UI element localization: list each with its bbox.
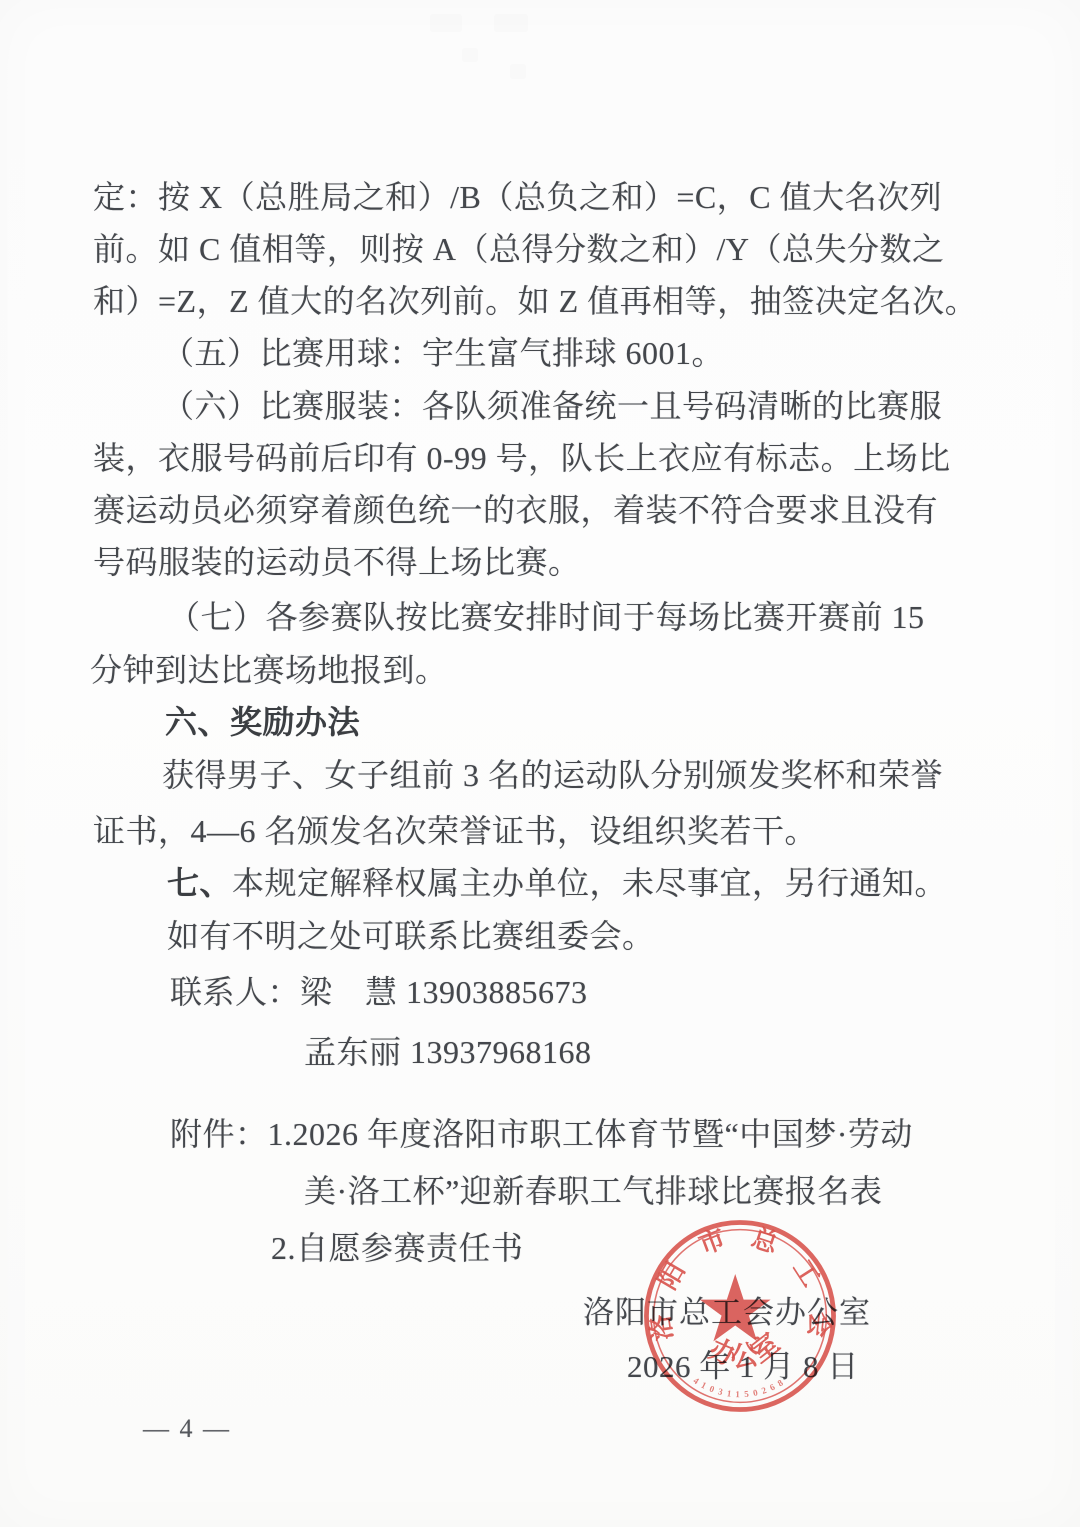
body-line: 号码服装的运动员不得上场比赛。 <box>93 536 581 588</box>
bleed-through-mark <box>462 48 478 62</box>
body-line: 证书，4—6 名颁发名次荣誉证书，设组织奖若干。 <box>93 805 817 857</box>
body-line-item-5: （五）比赛用球：宇生富气排球 6001。 <box>162 327 724 379</box>
bleed-through-mark <box>510 64 526 79</box>
contact-line-1: 联系人：梁 慧 13903885673 <box>170 966 588 1018</box>
body-line: 如有不明之处可联系比赛组委会。 <box>167 910 655 962</box>
body-line-item-6: （六）比赛服装：各队须准备统一且号码清晰的比赛服 <box>162 380 942 432</box>
seal-graphic: 洛阳市总工会 办公室 4103115026866 <box>635 1211 845 1421</box>
body-line: 赛运动员必须穿着颜色统一的衣服，着装不符合要求且没有 <box>93 484 938 536</box>
section-number-bold: 七、 <box>167 865 232 901</box>
bleed-through-mark <box>430 14 462 32</box>
attachment-line-1: 附件：1.2026 年度洛阳市职工体育节暨“中国梦·劳动 <box>170 1108 913 1160</box>
body-line: 和）=Z，Z 值大的名次列前。如 Z 值再相等，抽签决定名次。 <box>93 275 977 327</box>
bleed-through-mark <box>494 14 528 32</box>
contact-line-2: 孟东丽 13937968168 <box>304 1026 592 1078</box>
body-line-item-7: （七）各参赛队按比赛安排时间于每场比赛开赛前 15 <box>168 591 925 643</box>
official-seal-stamp: 洛阳市总工会 办公室 4103115026866 <box>635 1211 845 1421</box>
body-line: 前。如 C 值相等，则按 A（总得分数之和）/Y（总失分数之 <box>93 223 944 275</box>
document-page: 定：按 X（总胜局之和）/B（总负之和）=C，C 值大名次列 前。如 C 值相等… <box>0 0 1080 1527</box>
section-line-seven: 七、本规定解释权属主办单位，未尽事宜，另行通知。 <box>167 857 947 909</box>
attachment-line-2: 美·洛工杯”迎新春职工气排球比赛报名表 <box>304 1165 882 1217</box>
attachment-line-3: 2.自愿参赛责任书 <box>271 1222 524 1274</box>
body-line: 获得男子、女子组前 3 名的运动队分别颁发奖杯和荣誉 <box>162 749 943 801</box>
body-line: 分钟到达比赛场地报到。 <box>90 644 448 696</box>
body-line: 装，衣服号码前后印有 0-99 号，队长上衣应有标志。上场比 <box>93 432 951 484</box>
section-heading-awards: 六、奖励办法 <box>165 696 360 748</box>
section-text: 本规定解释权属主办单位，未尽事宜，另行通知。 <box>232 865 947 901</box>
seal-star-icon <box>700 1274 771 1341</box>
body-line: 定：按 X（总胜局之和）/B（总负之和）=C，C 值大名次列 <box>93 171 942 223</box>
page-number: — 4 — <box>143 1403 231 1455</box>
